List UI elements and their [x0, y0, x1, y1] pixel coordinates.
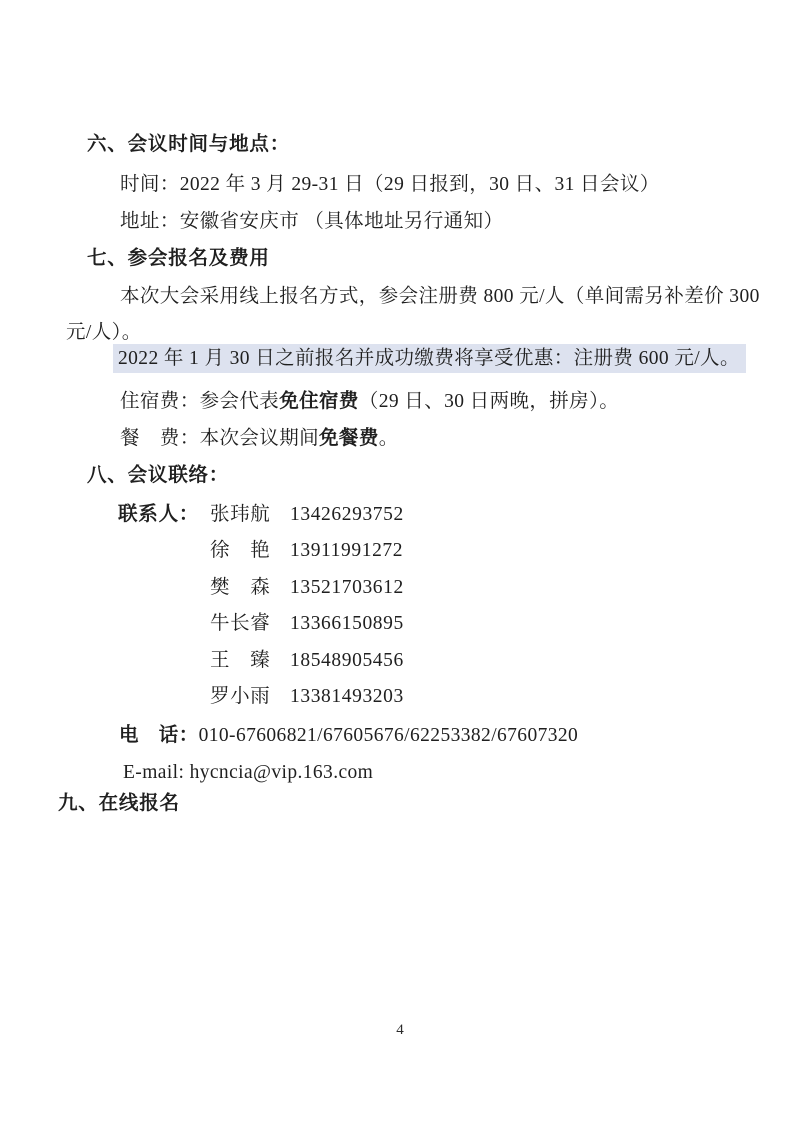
fees-meal-line: 餐 费：本次会议期间免餐费。 — [120, 427, 399, 451]
venue-address-line: 地址：安徽省安庆市 （具体地址另行通知） — [120, 210, 503, 234]
telephone-numbers: 010-67606821/67605676/62253382/67607320 — [199, 725, 579, 746]
contact-name: 牛长睿 — [210, 612, 276, 636]
fees-lodging-line: 住宿费：参会代表免住宿费（29 日、30 日两晚，拼房）。 — [120, 390, 619, 414]
section-fees-heading: 七、参会报名及费用 — [87, 247, 270, 271]
contact-name: 王 臻 — [210, 649, 276, 673]
contact-row: 罗小雨13381493203 — [118, 685, 404, 709]
section-venue-heading: 六、会议时间与地点： — [87, 133, 290, 157]
discount-highlight: 2022 年 1 月 30 日之前报名并成功缴费将享受优惠：注册费 600 元/… — [113, 344, 746, 373]
document-page: 六、会议时间与地点： 时间：2022 年 3 月 29-31 日（29 日报到，… — [0, 0, 800, 1131]
venue-time-line: 时间：2022 年 3 月 29-31 日（29 日报到，30 日、31 日会议… — [120, 173, 660, 197]
contact-row: 牛长睿13366150895 — [118, 612, 404, 636]
fees-discount-line: 2022 年 1 月 30 日之前报名并成功缴费将享受优惠：注册费 600 元/… — [113, 347, 746, 371]
meal-free-bold: 免餐费 — [319, 428, 379, 449]
contact-telephone-line: 电 话：010-67606821/67605676/62253382/67607… — [119, 724, 578, 748]
fees-paragraph-line2: 元/人）。 — [66, 321, 142, 345]
contact-row: 联系人：张玮航13426293752 — [118, 503, 404, 527]
lodging-prefix: 住宿费：参会代表 — [120, 391, 279, 412]
page-number: 4 — [0, 1022, 800, 1039]
meal-prefix: 餐 费：本次会议期间 — [120, 428, 319, 449]
contact-name: 罗小雨 — [210, 685, 276, 709]
contact-name: 张玮航 — [210, 503, 276, 527]
lodging-free-bold: 免住宿费 — [279, 391, 359, 412]
telephone-label: 电 话： — [119, 725, 199, 746]
contact-phone: 13426293752 — [290, 503, 404, 527]
contact-email-line: E-mail: hycncia@vip.163.com — [123, 761, 373, 785]
contact-person-label: 联系人： — [118, 503, 210, 527]
fees-paragraph-line1: 本次大会采用线上报名方式，参会注册费 800 元/人（单间需另补差价 300 — [120, 285, 760, 309]
contact-phone: 13381493203 — [290, 685, 404, 709]
section-online-heading: 九、在线报名 — [58, 792, 180, 816]
meal-suffix: 。 — [379, 428, 399, 449]
lodging-suffix: （29 日、30 日两晚，拼房）。 — [359, 391, 619, 412]
email-address: hycncia@vip.163.com — [190, 762, 374, 783]
contact-phone: 13366150895 — [290, 612, 404, 636]
section-contact-heading: 八、会议联络： — [87, 464, 229, 488]
contact-phone: 13911991272 — [290, 539, 403, 563]
contact-row: 徐 艳13911991272 — [118, 539, 403, 563]
contact-phone: 18548905456 — [290, 649, 404, 673]
contact-name: 徐 艳 — [210, 539, 276, 563]
email-label: E-mail: — [123, 762, 190, 783]
contact-phone: 13521703612 — [290, 576, 404, 600]
contact-row: 樊 森13521703612 — [118, 576, 404, 600]
contact-row: 王 臻18548905456 — [118, 649, 404, 673]
contact-name: 樊 森 — [210, 576, 276, 600]
